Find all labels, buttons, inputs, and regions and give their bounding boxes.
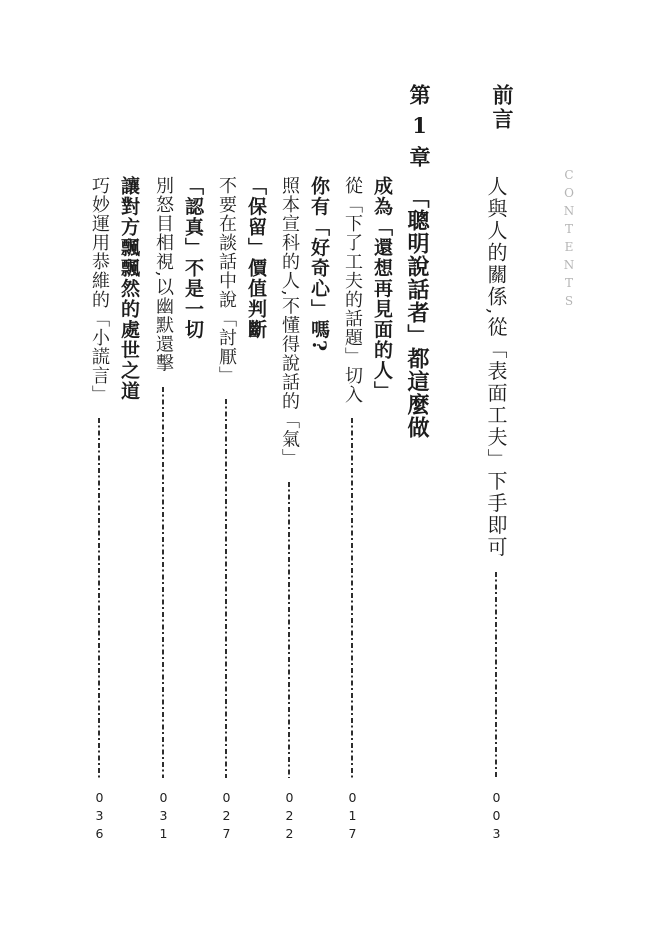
chapter-number: 第1章 xyxy=(404,84,434,175)
chapter-title: 「聰明說話者」都這麼做 xyxy=(402,186,432,439)
entry-subtitle: 別怒目相視,以幽默還擊 xyxy=(150,176,176,373)
page-number: 017 xyxy=(339,790,365,844)
entry-subtitle-line: 照本宣科的人,不懂得說話的「氣」 022 xyxy=(276,176,302,844)
dotted-leader xyxy=(225,399,227,778)
entry-title: 讓對方飄飄然的處世之道 xyxy=(115,176,142,844)
toc-entry: 你有「好奇心」嗎? 照本宣科的人,不懂得說話的「氣」 022 xyxy=(276,176,332,844)
page-number: 036 xyxy=(86,790,112,844)
entry-subtitle: 不要在談話中說「討厭」 xyxy=(213,176,239,385)
entry-subtitle-line: 不要在談話中說「討厭」 027 xyxy=(213,176,239,844)
preface-title: 人與人的關係,從「表面工夫」下手即可 xyxy=(482,176,510,558)
book-toc-page: { "page": { "contents_label": "CONTENTS"… xyxy=(0,0,663,932)
preface-toc-entry: 人與人的關係,從「表面工夫」下手即可 003 xyxy=(482,176,510,844)
toc-entry: 讓對方飄飄然的處世之道 巧妙運用恭維的「小謊言」 036 xyxy=(86,176,142,844)
dotted-leader xyxy=(351,418,353,778)
dotted-leader xyxy=(162,387,164,778)
toc-entry: 「認真」不是一切 別怒目相視,以幽默還擊 031 xyxy=(150,176,206,844)
entry-title: 你有「好奇心」嗎? xyxy=(305,176,332,844)
page-number: 022 xyxy=(276,790,302,844)
dotted-leader xyxy=(495,572,497,778)
page-number: 027 xyxy=(213,790,239,844)
page-number: 003 xyxy=(482,790,510,844)
toc-entry: 「保留」價值判斷 不要在談話中說「討厭」 027 xyxy=(213,176,269,844)
entry-subtitle-line: 巧妙運用恭維的「小謊言」 036 xyxy=(86,176,112,844)
entry-subtitle: 從「下了工夫的話題」切入 xyxy=(339,176,365,404)
entry-subtitle: 照本宣科的人,不懂得說話的「氣」 xyxy=(276,176,302,468)
dotted-leader xyxy=(288,482,290,778)
entry-title: 「認真」不是一切 xyxy=(179,176,206,844)
preface-label: 前言 xyxy=(487,84,517,132)
contents-heading: CONTENTS xyxy=(562,168,576,312)
entry-subtitle: 巧妙運用恭維的「小謊言」 xyxy=(86,176,112,404)
toc-entry: 成為「還想再見面的人」 從「下了工夫的話題」切入 017 xyxy=(339,176,395,844)
dotted-leader xyxy=(98,418,100,778)
page-number: 031 xyxy=(150,790,176,844)
entry-title: 成為「還想再見面的人」 xyxy=(368,176,395,844)
entry-subtitle-line: 從「下了工夫的話題」切入 017 xyxy=(339,176,365,844)
entry-title: 「保留」價值判斷 xyxy=(242,176,269,844)
entry-subtitle-line: 別怒目相視,以幽默還擊 031 xyxy=(150,176,176,844)
